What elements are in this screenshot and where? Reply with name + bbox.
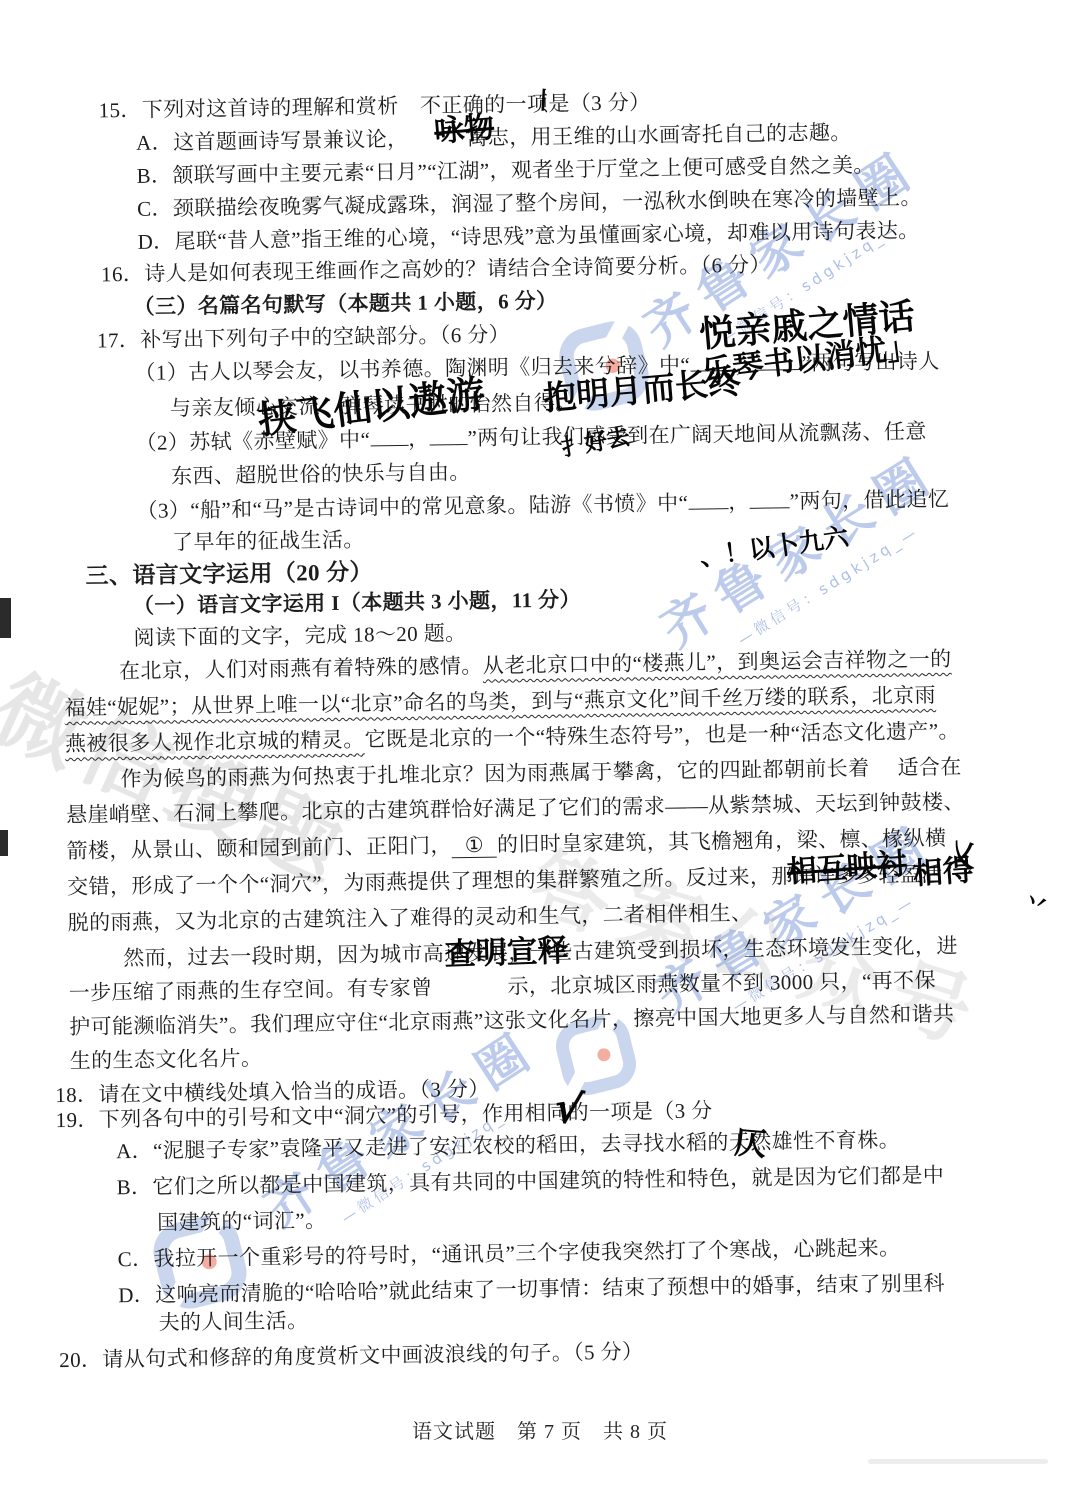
exam-page: 微信搜题答案公众号 齐鲁家长圈—微信号：sdgkjzq_—齐鲁家长圈—微信号：s… bbox=[0, 0, 1080, 1493]
scan-smudge-artifact bbox=[868, 1459, 1048, 1464]
handwriting-layer: 丨咏物悦亲戚之情话乐琴书以消忧」抱明月而长终挟飞仙以遨游扌好去、！以卜九六乂相互… bbox=[0, 0, 1080, 1493]
page-footer: 语文试题 第 7 页 共 8 页 bbox=[0, 1415, 1080, 1444]
handwritten-annotation: 咏物 bbox=[433, 113, 495, 148]
handwritten-annotation: 抱明月而长终 bbox=[542, 365, 742, 415]
scan-edge-artifact bbox=[0, 830, 8, 856]
handwritten-annotation: 相互映衬 bbox=[786, 850, 908, 888]
handwritten-annotation: 扌好去 bbox=[560, 426, 632, 461]
handwritten-annotation: √ bbox=[551, 1086, 586, 1132]
handwritten-annotation: 相得 bbox=[912, 856, 974, 890]
handwritten-annotation: 查明宣释 bbox=[444, 936, 569, 971]
handwritten-annotation: 丨 bbox=[531, 88, 556, 113]
handwritten-annotation: 、！以卜九六 bbox=[698, 524, 850, 570]
scan-edge-artifact bbox=[0, 598, 11, 638]
handwritten-annotation: 挟飞仙以遨游 bbox=[256, 374, 487, 440]
handwritten-annotation: 丷 bbox=[1022, 888, 1051, 917]
handwritten-annotation: 仄 bbox=[733, 1126, 768, 1161]
